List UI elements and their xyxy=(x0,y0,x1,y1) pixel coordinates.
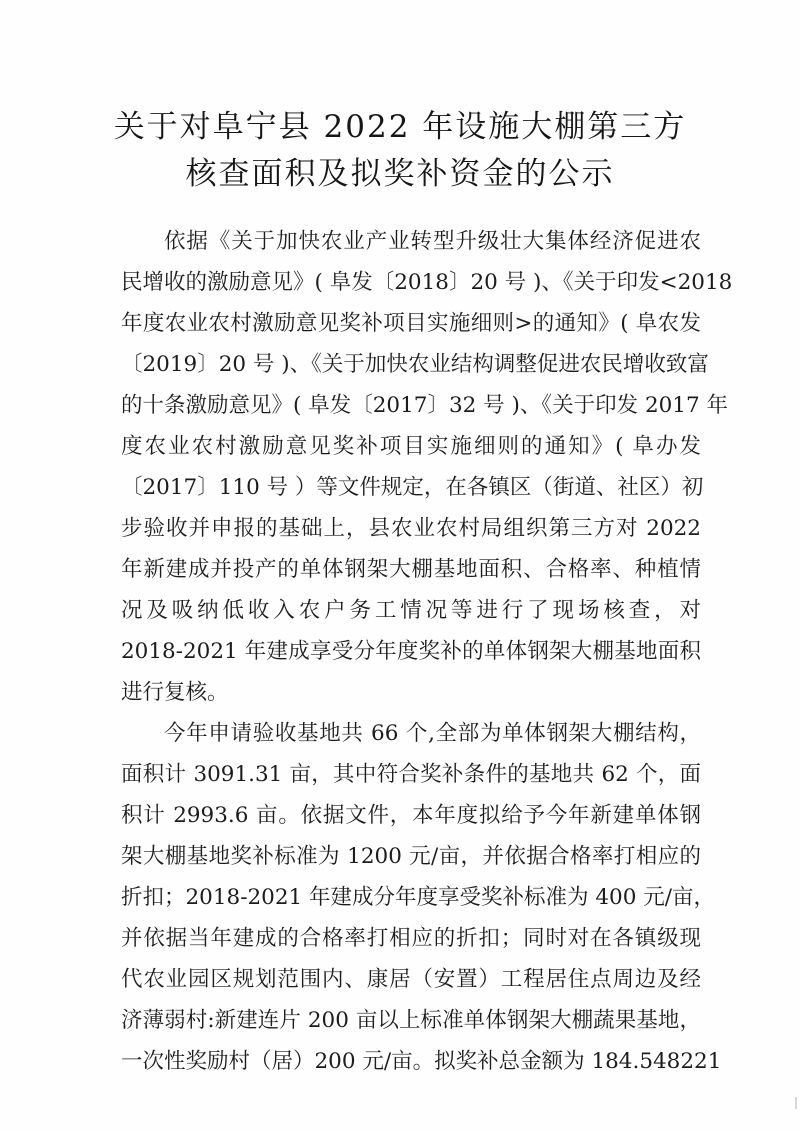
text-line: 并依据当年建成的合格率打相应的折扣；同时对在各镇级现 xyxy=(121,918,701,959)
text-line: 〔2017〕110 号 ）等文件规定，在各镇区（街道、社区）初 xyxy=(121,467,701,508)
document-page: 关于对阜宁县 2022 年设施大棚第三方 核查面积及拟奖补资金的公示 依据《关于… xyxy=(0,0,800,1131)
text-line: 依据《关于加快农业产业转型升级壮大集体经济促进农 xyxy=(121,221,701,262)
text-line: 今年申请验收基地共 66 个,全部为单体钢架大棚结构， xyxy=(121,713,701,754)
paragraph-subsidy-details: 今年申请验收基地共 66 个,全部为单体钢架大棚结构， 面积计 3091.31 … xyxy=(121,713,701,1082)
text-line: 〔2019〕20 号 )、《关于加快农业结构调整促进农民增收致富 xyxy=(121,344,701,385)
text-line: 一次性奖励村（居）200 元/亩。拟奖补总金额为 184.548221 xyxy=(121,1041,701,1082)
text-line: 进行复核。 xyxy=(121,672,701,713)
text-line: 2018-2021 年建成享受分年度奖补的单体钢架大棚基地面积 xyxy=(121,631,701,672)
text-line: 的十条激励意见》( 阜发〔2017〕32 号 )、《关于印发 2017 年 xyxy=(121,385,701,426)
document-title: 关于对阜宁县 2022 年设施大棚第三方 核查面积及拟奖补资金的公示 xyxy=(0,104,800,198)
document-body: 依据《关于加快农业产业转型升级壮大集体经济促进农 民增收的激励意见》( 阜发〔2… xyxy=(121,221,701,1082)
text-line: 年新建成并投产的单体钢架大棚基地面积、合格率、种植情 xyxy=(121,549,701,590)
title-line-1: 关于对阜宁县 2022 年设施大棚第三方 xyxy=(0,104,800,151)
text-line: 况及吸纳低收入农户务工情况等进行了现场核查，对 xyxy=(121,590,701,631)
text-line: 步验收并申报的基础上，县农业农村局组织第三方对 2022 xyxy=(121,508,701,549)
text-line: 架大棚基地奖补标准为 1200 元/亩，并依据合格率打相应的 xyxy=(121,836,701,877)
paragraph-legal-basis: 依据《关于加快农业产业转型升级壮大集体经济促进农 民增收的激励意见》( 阜发〔2… xyxy=(121,221,701,713)
text-line: 代农业园区规划范围内、康居（安置）工程居住点周边及经 xyxy=(121,959,701,1000)
text-line: 度农业农村激励意见奖补项目实施细则的通知》( 阜办发 xyxy=(121,426,701,467)
text-line: 面积计 3091.31 亩，其中符合奖补条件的基地共 62 个，面 xyxy=(121,754,701,795)
text-line: 积计 2993.6 亩。依据文件，本年度拟给予今年新建单体钢 xyxy=(121,795,701,836)
text-line: 年度农业农村激励意见奖补项目实施细则>的通知》( 阜农发 xyxy=(121,303,701,344)
text-line: 折扣；2018-2021 年建成分年度享受奖补标准为 400 元/亩， xyxy=(121,877,701,918)
text-line: 民增收的激励意见》( 阜发〔2018〕20 号 )、《关于印发<2018 xyxy=(121,262,701,303)
title-line-2: 核查面积及拟奖补资金的公示 xyxy=(0,151,800,198)
text-line: 济薄弱村:新建连片 200 亩以上标准单体钢架大棚蔬果基地， xyxy=(121,1000,701,1041)
scan-edge-mark xyxy=(795,1097,797,1109)
